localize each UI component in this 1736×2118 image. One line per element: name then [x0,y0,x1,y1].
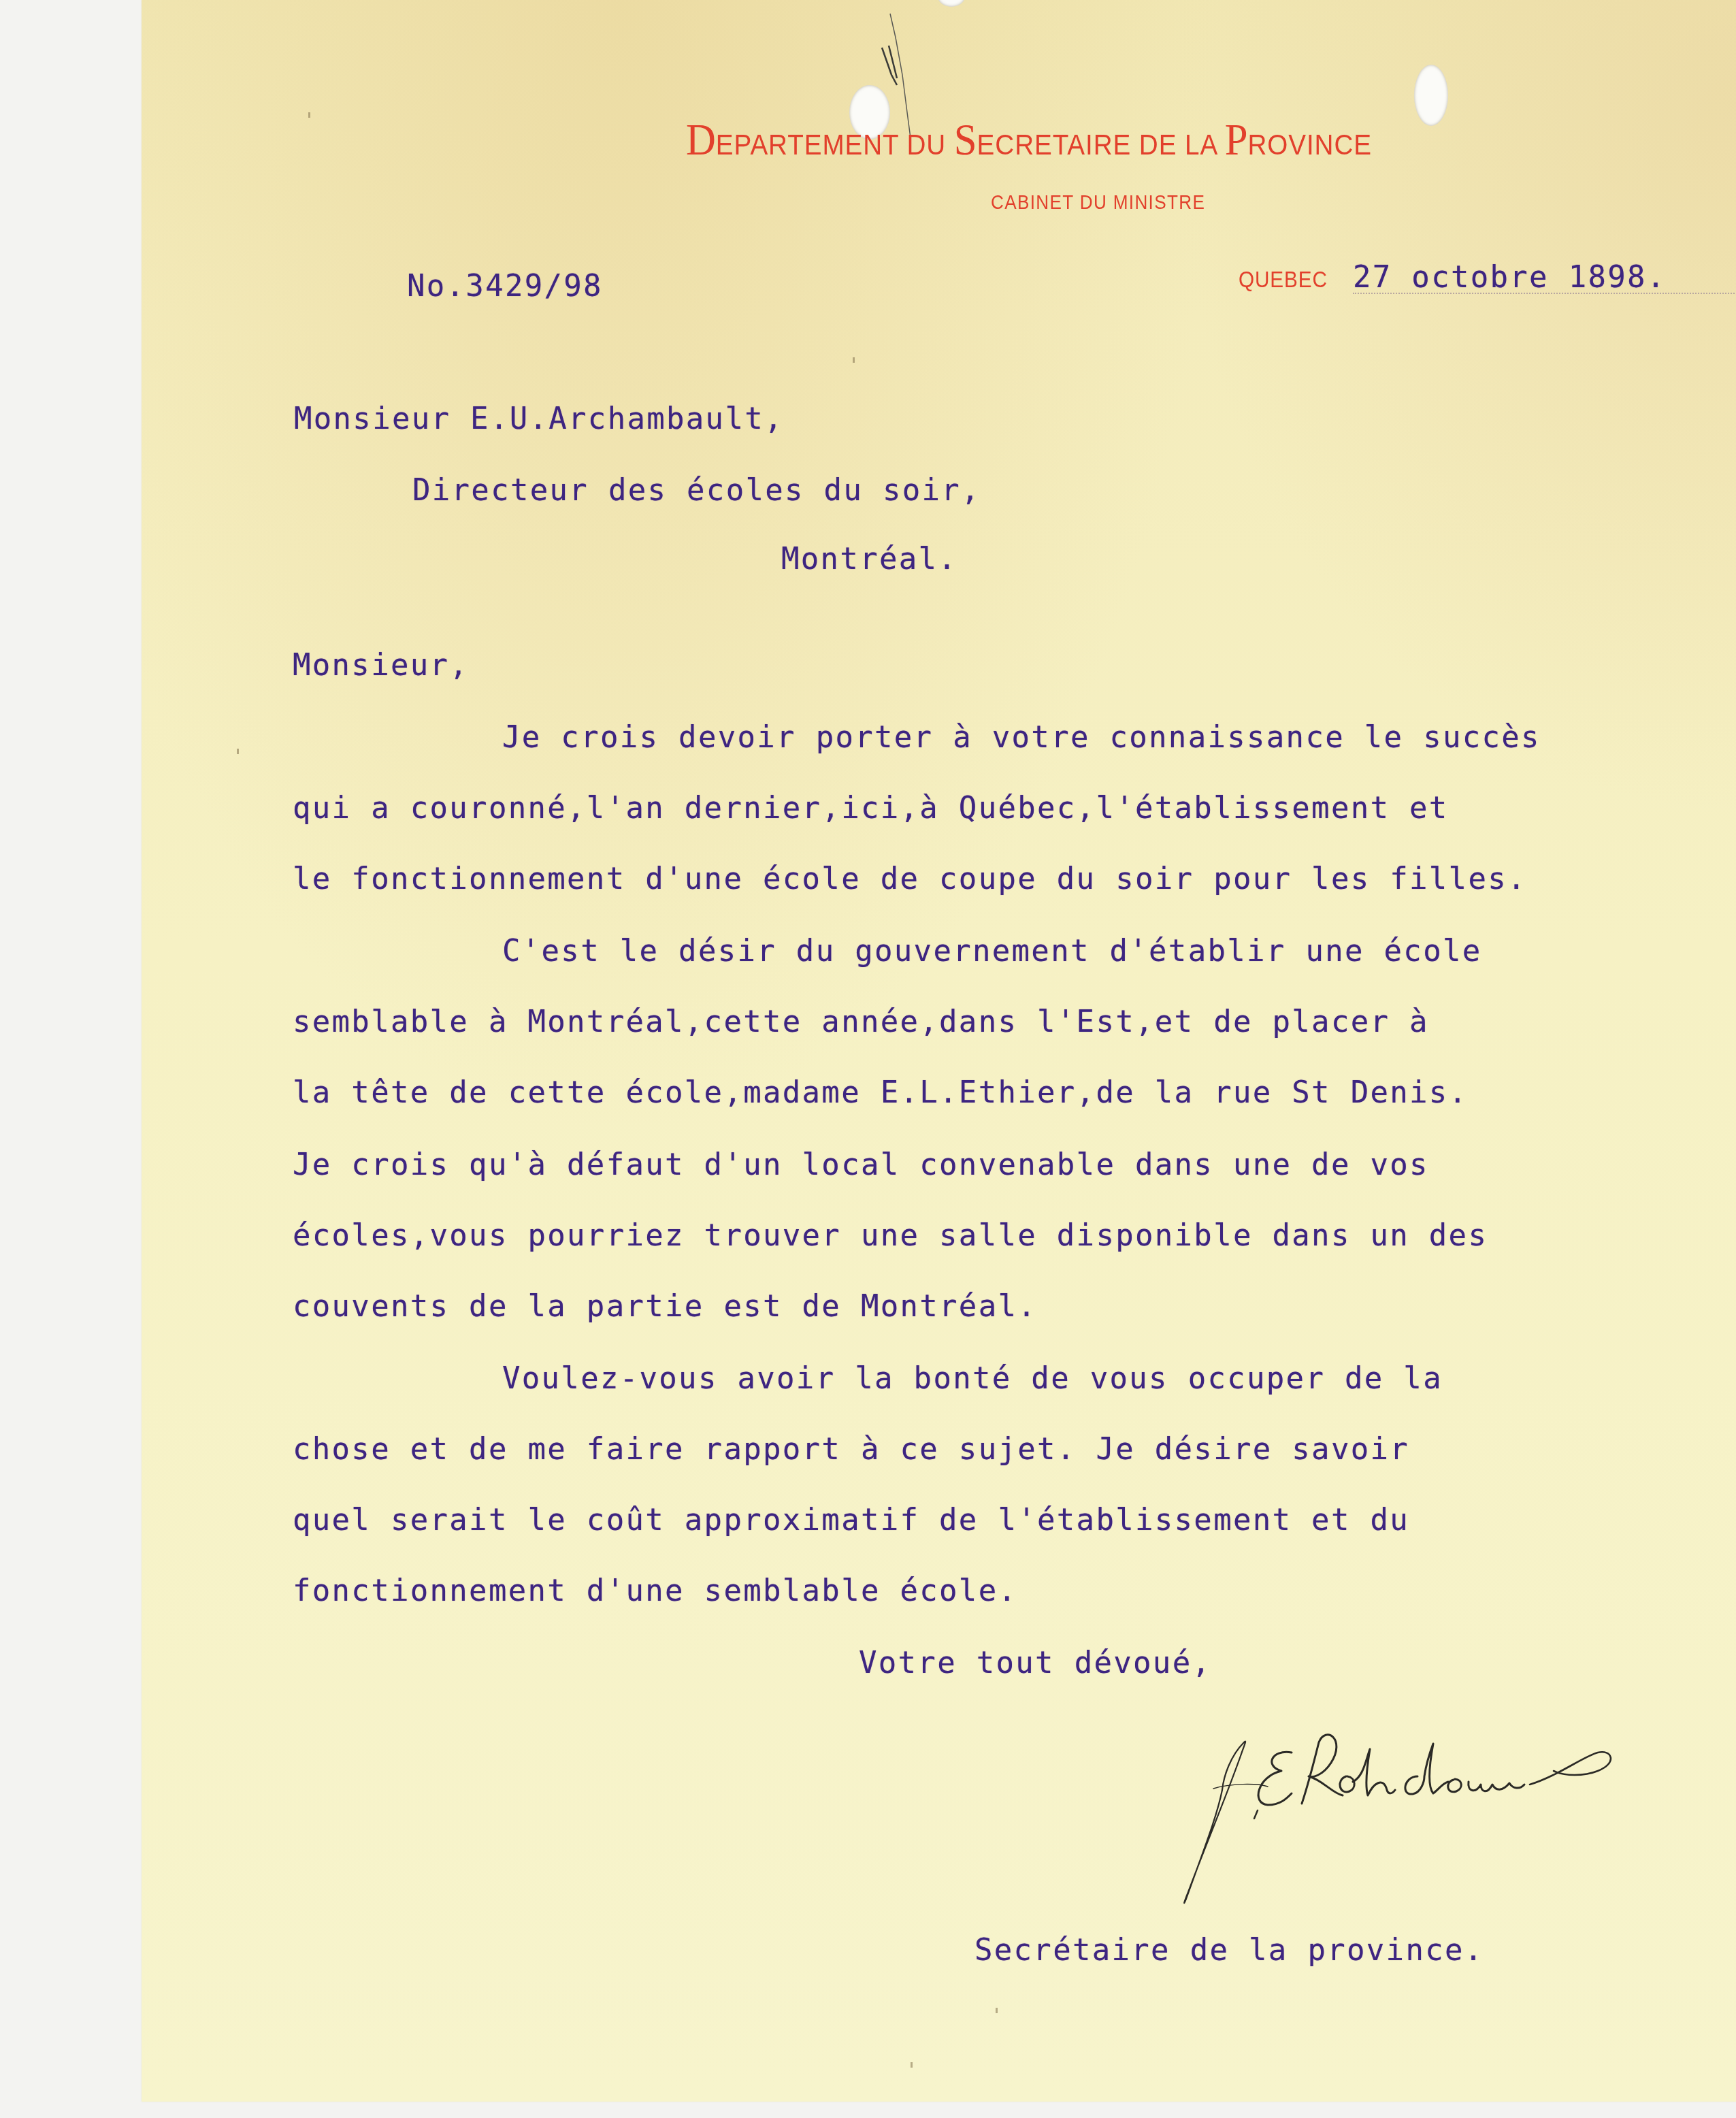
body-line: Voulez-vous avoir la bonté de vous occup… [502,1361,1443,1396]
date-dotted-line [1353,293,1736,294]
paper-speck [237,749,239,754]
recipient-city: Montréal. [781,542,957,576]
paper-speck [911,2062,913,2068]
reference-number: No.3429/98 [407,269,603,304]
letterhead-initial: D [686,115,716,165]
body-line: Je crois devoir porter à votre connaissa… [502,720,1541,755]
body-line: fonctionnement d'une semblable école. [293,1574,1017,1608]
signatory-title: Secrétaire de la province. [975,1933,1484,1968]
place-label: QUEBEC [1239,267,1328,293]
letterhead-word: ECRETAIRE DE LA [977,129,1225,161]
place-and-date: QUEBEC 27 octobre 1898. [1239,257,1736,298]
body-line: qui a couronné,l'an dernier,ici,à Québec… [293,791,1449,826]
handwritten-signature-icon [1149,1729,1736,1906]
body-line: écoles,vous pourriez trouver une salle d… [293,1218,1488,1253]
letter-page: DEPARTEMENT DU SECRETAIRE DE LA PROVINCE… [142,0,1736,2102]
recipient-title: Directeur des écoles du soir, [412,473,981,508]
paper-speck [853,357,855,363]
letter-date: 27 octobre 1898. [1353,260,1667,295]
recipient-name: Monsieur E.U.Archambault, [294,402,784,436]
letterhead-initial: S [954,115,977,165]
body-line: Je crois qu'à défaut d'un local convenab… [293,1147,1429,1182]
letterhead-title: DEPARTEMENT DU SECRETAIRE DE LA PROVINCE [686,114,1500,166]
body-line: la tête de cette école,madame E.L.Ethier… [293,1075,1468,1110]
body-line: couvents de la partie est de Montréal. [293,1289,1037,1324]
body-line: C'est le désir du gouvernement d'établir… [502,934,1482,968]
body-line: quel serait le coût approximatif de l'ét… [293,1503,1409,1537]
letterhead-word: ROVINCE [1247,129,1371,161]
letterhead-initial: P [1225,115,1248,165]
body-line: le fonctionnement d'une école de coupe d… [293,862,1527,896]
salutation: Monsieur, [293,648,469,683]
letterhead-subtitle: CABINET DU MINISTRE [991,192,1236,214]
paper-speck [308,112,310,118]
closing: Votre tout dévoué, [859,1646,1211,1680]
body-line: semblable à Montréal,cette année,dans l'… [293,1005,1429,1039]
punch-hole [938,0,965,7]
letterhead-word: EPARTEMENT DU [716,129,954,161]
body-line: chose et de me faire rapport à ce sujet.… [293,1432,1409,1467]
paper-speck [996,2008,998,2013]
